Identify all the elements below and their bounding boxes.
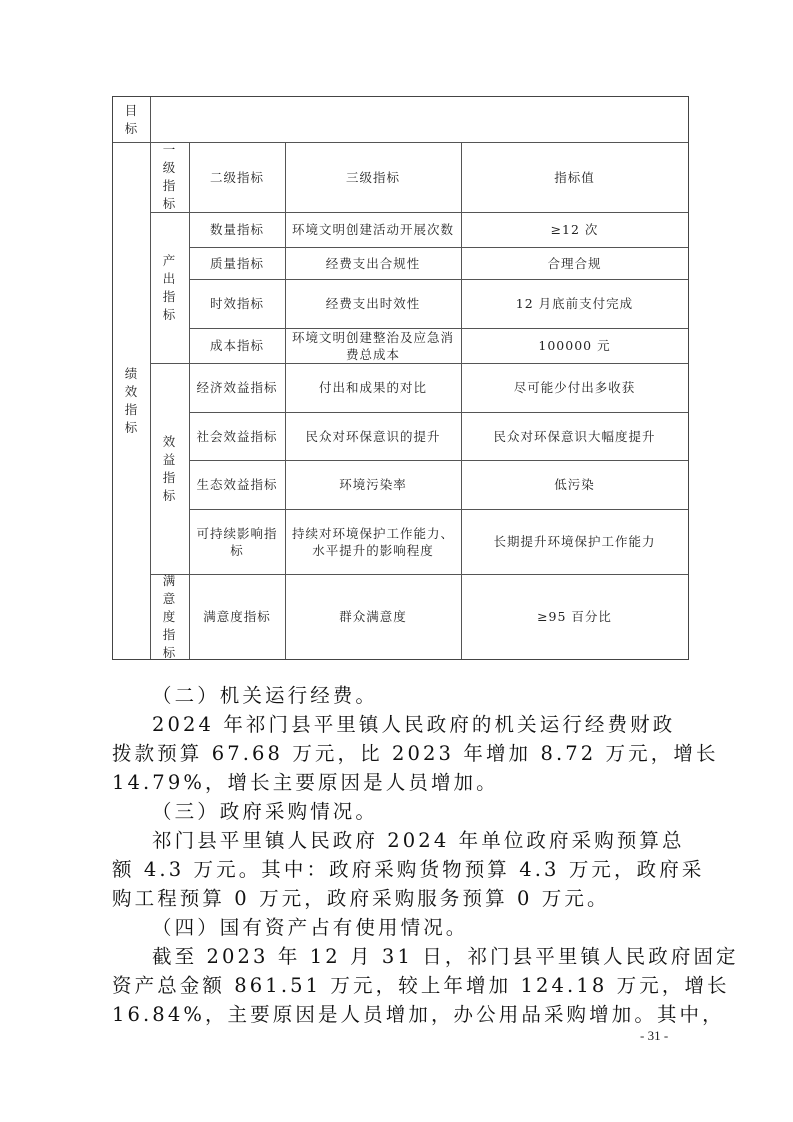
target-label-cell: 目标	[113, 97, 150, 142]
table-row-level2: 社会效益指标	[189, 412, 285, 460]
table-row-level3: 民众对环保意识的提升	[285, 412, 461, 460]
table-row-level3: 经费支出时效性	[285, 279, 461, 328]
paragraph-line: 14.79%，增长主要原因是人员增加。	[112, 768, 692, 797]
table-row-value: ≥12 次	[461, 212, 688, 247]
table-row-value: 民众对环保意识大幅度提升	[461, 412, 688, 460]
table-row-level2: 数量指标	[189, 212, 285, 247]
paragraph-line: 2024 年祁门县平里镇人民政府的机关运行经费财政	[152, 710, 732, 739]
page-number: - 31 -	[640, 1028, 668, 1044]
table-row-level3: 环境污染率	[285, 460, 461, 509]
group-satisfaction-label: 满意度指标	[163, 572, 177, 662]
group-output-label: 产出指标	[163, 252, 177, 324]
header-level3: 三级指标	[285, 142, 461, 212]
table-row-level3: 环境文明创建整治及应急消费总成本	[285, 328, 461, 363]
paragraph-line: 祁门县平里镇人民政府 2024 年单位政府采购预算总	[152, 826, 732, 855]
section-label-cell: 绩效指标	[113, 142, 150, 659]
group-benefit-label: 效益指标	[163, 433, 177, 505]
table-row-value: 低污染	[461, 460, 688, 509]
table-row-level2: 满意度指标	[189, 574, 285, 659]
paragraph-line: 拨款预算 67.68 万元，比 2023 年增加 8.72 万元，增长	[112, 739, 692, 768]
table-row-level2: 质量指标	[189, 247, 285, 279]
header-value: 指标值	[461, 142, 688, 212]
target-content-cell	[150, 97, 688, 142]
header-level2: 二级指标	[189, 142, 285, 212]
table-row-level3: 经费支出合规性	[285, 247, 461, 279]
group-satisfaction-label-cell: 满意度指标	[150, 574, 189, 659]
section-label: 绩效指标	[125, 365, 139, 437]
group-output-label-cell: 产出指标	[150, 212, 189, 363]
table-row-level3: 环境文明创建活动开展次数	[285, 212, 461, 247]
table-row-value: 100000 元	[461, 328, 688, 363]
paragraph-line: 额 4.3 万元。其中：政府采购货物预算 4.3 万元，政府采	[112, 855, 692, 884]
table-row-level2: 生态效益指标	[189, 460, 285, 509]
table-row-level3: 付出和成果的对比	[285, 363, 461, 412]
table-row-value: 合理合规	[461, 247, 688, 279]
table-row-level3: 群众满意度	[285, 574, 461, 659]
paragraph-line: 16.84%，主要原因是人员增加，办公用品采购增加。其中，	[112, 1000, 692, 1029]
header-level1: 一级指标	[163, 141, 177, 213]
table-row-value: 长期提升环境保护工作能力	[461, 509, 688, 574]
section-heading-state-assets: （四）国有资产占有使用情况。	[152, 913, 732, 942]
table-row-level2: 经济效益指标	[189, 363, 285, 412]
table-row-level3: 持续对环境保护工作能力、水平提升的影响程度	[285, 509, 461, 574]
header-level1-cell: 一级指标	[150, 142, 189, 212]
section-heading-procurement: （三）政府采购情况。	[152, 797, 732, 826]
section-heading-operating-costs: （二）机关运行经费。	[152, 681, 732, 710]
paragraph-line: 资产总金额 861.51 万元，较上年增加 124.18 万元，增长	[112, 971, 692, 1000]
performance-indicator-table: 目标 绩效指标 一级指标 二级指标 三级指标 指标值 产出指标 数量指标 环境文…	[112, 96, 689, 660]
group-benefit-label-cell: 效益指标	[150, 363, 189, 574]
target-label: 目标	[125, 102, 139, 138]
paragraph-line: 购工程预算 0 万元，政府采购服务预算 0 万元。	[112, 884, 692, 913]
table-row-value: 尽可能少付出多收获	[461, 363, 688, 412]
table-row-level2: 可持续影响指标	[189, 509, 285, 574]
table-row-level2: 成本指标	[189, 328, 285, 363]
paragraph-line: 截至 2023 年 12 月 31 日，祁门县平里镇人民政府固定	[152, 942, 732, 971]
table-row-value: ≥95 百分比	[461, 574, 688, 659]
table-row-level2: 时效指标	[189, 279, 285, 328]
table-row-value: 12 月底前支付完成	[461, 279, 688, 328]
